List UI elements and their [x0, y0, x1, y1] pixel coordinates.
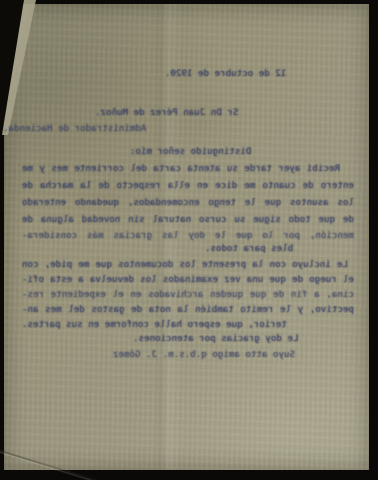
body-line: mención, por lo que le doy las gracias m… — [22, 231, 354, 243]
body-line: cina, a fin de que queden archivados en … — [22, 290, 354, 302]
body-line: los asuntos que le tengo encomendados, q… — [22, 198, 354, 210]
date-line: 12 de octubre de 1920. — [165, 69, 286, 80]
body-line: entero de cuanto me dice en ella respect… — [22, 181, 354, 193]
body-line: el ruego de que una vez examinados los d… — [22, 275, 354, 287]
body-line: de que todo sigue su curso natural sin n… — [22, 215, 354, 227]
body-line: Le incluyo con la presente los documento… — [22, 260, 348, 272]
body-line: Recibí ayer tarde su atenta carta del co… — [22, 164, 340, 176]
addressee-line-1: Sr Dn Juan Pérez de Muñoz. — [95, 108, 238, 119]
closing-line: Le doy gracias por atenciones. — [133, 334, 299, 345]
addressee-line-2: Administrador de Hacienda. — [3, 124, 146, 135]
body-line-short: bles para todos. — [205, 244, 293, 255]
body-line: pectivo, y le remito también la nota de … — [22, 305, 354, 317]
body-line: terior, que espero halle conforme en sus… — [22, 320, 287, 331]
salutation-line: Distinguido señor mío: — [130, 147, 251, 158]
scanned-document-page: 12 de octubre de 1920. Sr Dn Juan Pérez … — [0, 0, 378, 480]
signature-line: Suyo atto amigo q.b.s.m. J. Gómez — [113, 350, 295, 361]
